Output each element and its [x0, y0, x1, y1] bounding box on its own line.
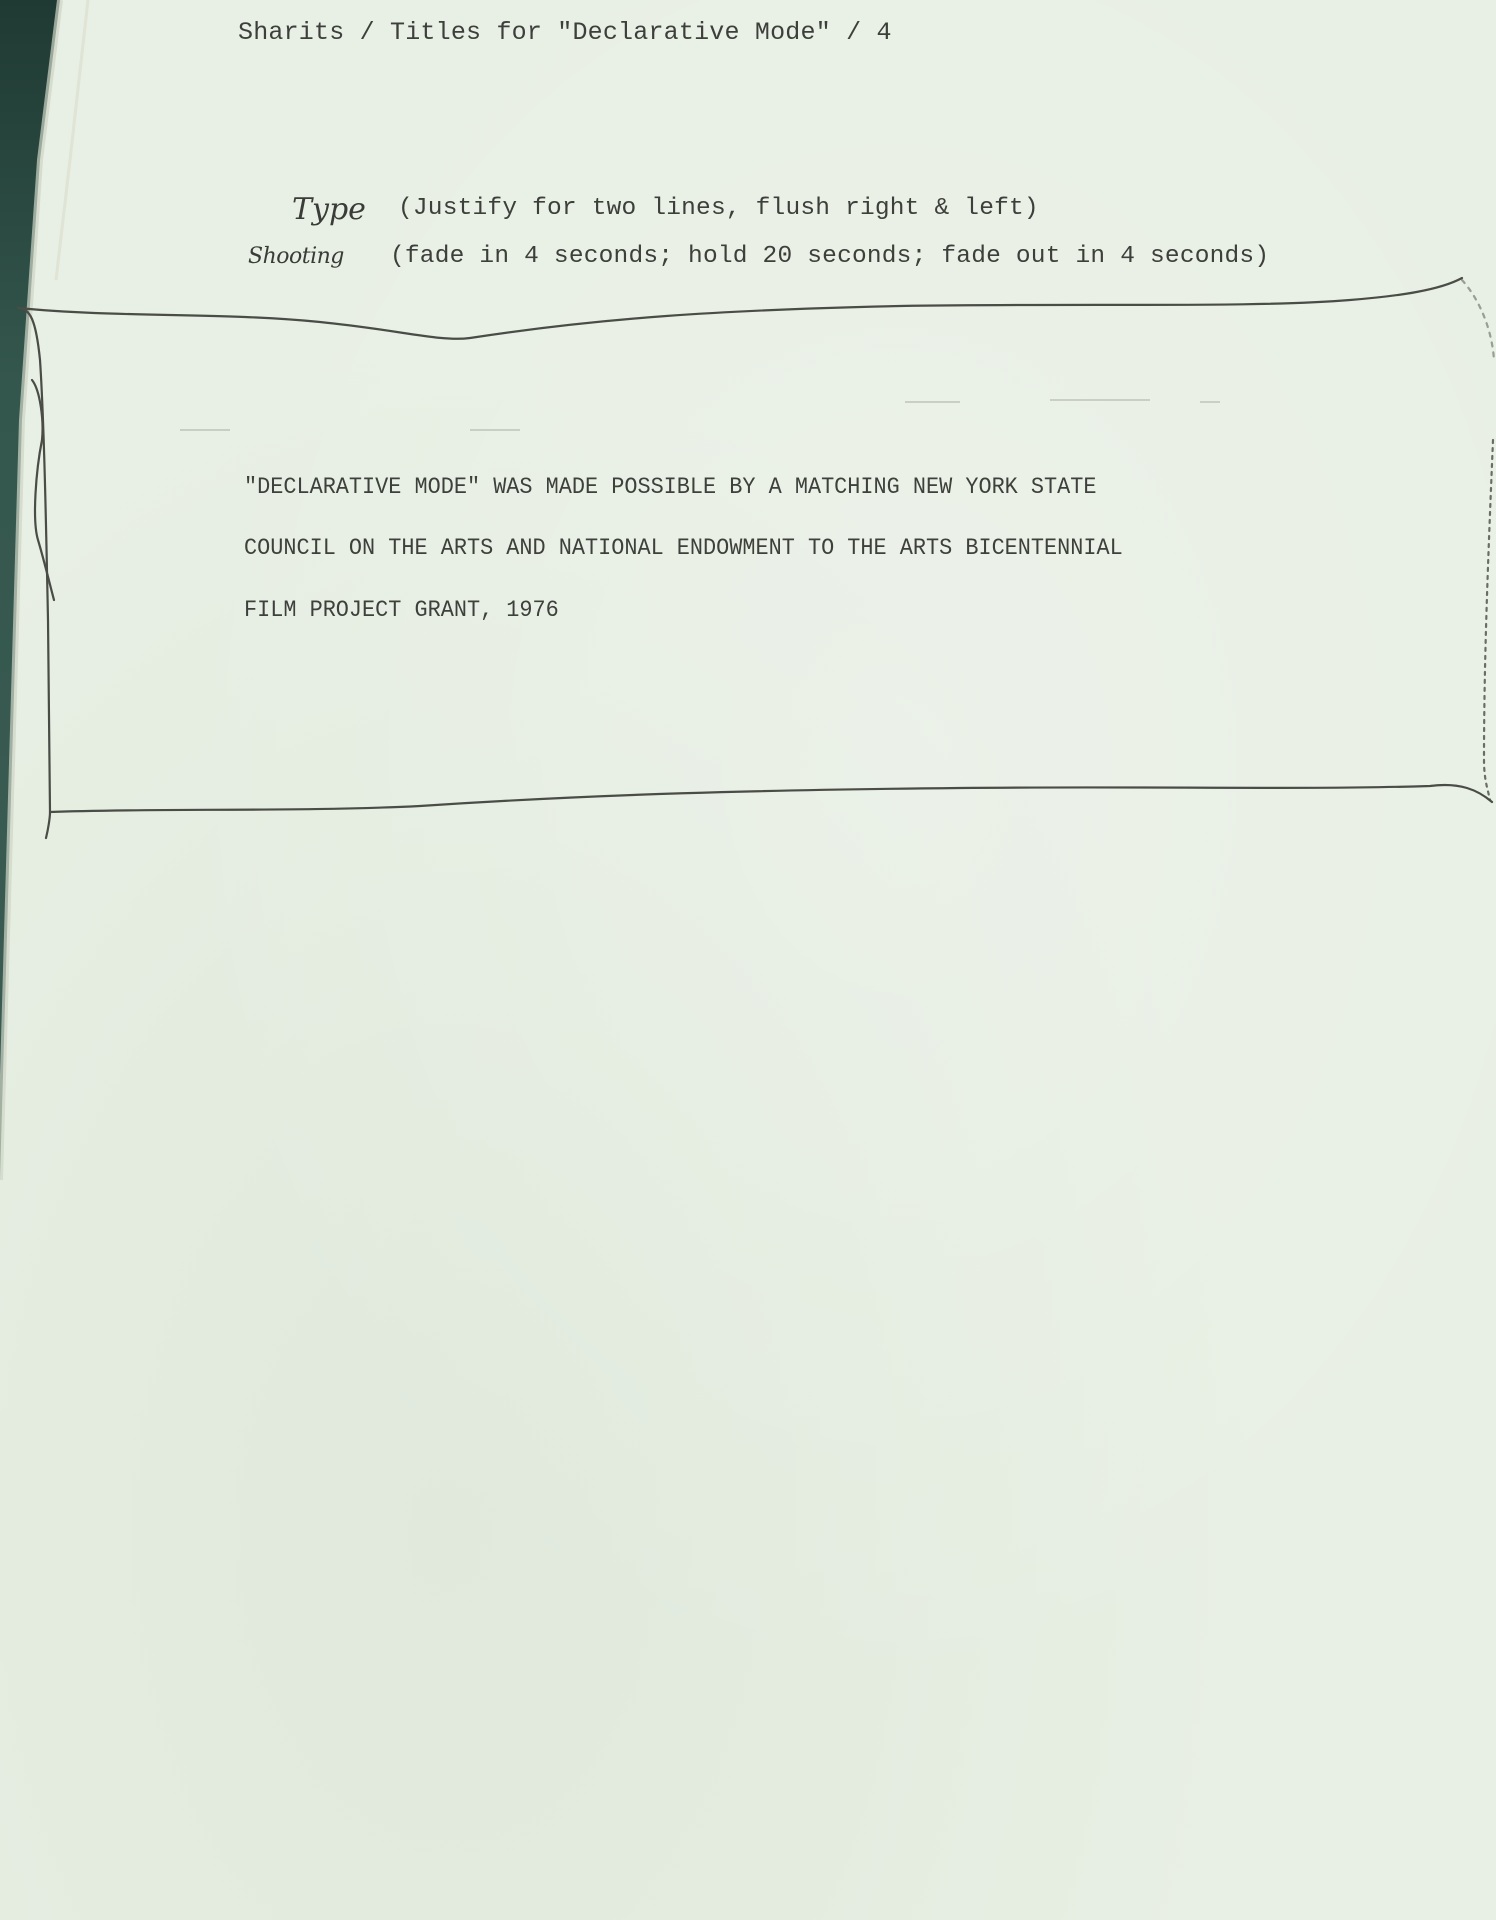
shooting-instruction: (fade in 4 seconds; hold 20 seconds; fad… [390, 243, 1269, 270]
handwritten-type-annotation: Type [292, 192, 366, 227]
type-instruction: (Justify for two lines, flush right & le… [398, 195, 1039, 222]
title-card-line-1: "DECLARATIVE MODE" WAS MADE POSSIBLE BY … [244, 474, 1096, 501]
paper-page [0, 0, 1496, 1920]
title-card-line-2: COUNCIL ON THE ARTS AND NATIONAL ENDOWME… [244, 535, 1123, 562]
handwritten-shooting-annotation: Shooting [248, 244, 344, 269]
title-card-line-3: FILM PROJECT GRANT, 1976 [244, 597, 559, 624]
page-header: Sharits / Titles for "Declarative Mode" … [238, 18, 892, 47]
